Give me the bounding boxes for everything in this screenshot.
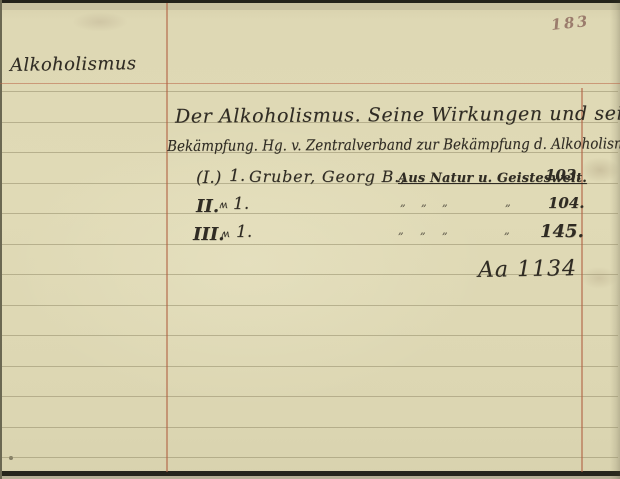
card-right-edge bbox=[610, 0, 620, 479]
entry-series-number: 104. bbox=[548, 194, 585, 212]
entry-volume: III. bbox=[193, 224, 225, 245]
ditto-mark: „ bbox=[400, 196, 406, 209]
ditto-mark: „ bbox=[442, 224, 448, 237]
catalog-card: 183 Alkoholismus Der Alkoholismus. Seine… bbox=[0, 0, 620, 479]
page-number: 183 bbox=[550, 12, 590, 34]
ruled-line bbox=[2, 457, 618, 458]
entry-volume: (I.) bbox=[196, 168, 221, 188]
left-margin-red-rule bbox=[166, 3, 168, 472]
ditto-mark: „ bbox=[442, 196, 448, 209]
entry-item-number: 1. bbox=[233, 194, 249, 214]
entry-item-number: 1. bbox=[229, 166, 245, 186]
ditto-mark: „ bbox=[504, 224, 510, 237]
ditto-mark: „ bbox=[420, 224, 426, 237]
title-line-2: Bekämpfung. Hg. v. Zentralverband zur Be… bbox=[167, 134, 620, 155]
ditto-mark: „ bbox=[505, 196, 511, 209]
ruled-line bbox=[2, 244, 618, 245]
title-line-1: Der Alkoholismus. Seine Wirkungen und se… bbox=[175, 102, 620, 127]
shelfmark: Aa 1134 bbox=[478, 256, 577, 283]
ditto-mark: „ bbox=[421, 196, 427, 209]
ruled-line bbox=[2, 335, 618, 336]
entry-series-number: 103. bbox=[545, 166, 582, 184]
entry-author: Gruber, Georg B., bbox=[249, 167, 406, 186]
ruled-line bbox=[2, 91, 618, 92]
ruled-line bbox=[2, 305, 618, 306]
ruled-line bbox=[2, 427, 618, 428]
card-left-edge bbox=[0, 0, 2, 479]
header-red-rule bbox=[0, 83, 620, 84]
ruled-line bbox=[2, 396, 618, 397]
abbreviation-mark: ʍ bbox=[221, 229, 230, 240]
card-top-strip bbox=[0, 3, 620, 10]
ruled-line bbox=[2, 213, 618, 214]
ruled-line bbox=[2, 366, 618, 367]
abbreviation-mark: ʍ bbox=[219, 200, 228, 211]
ditto-mark: „ bbox=[398, 224, 404, 237]
entry-series-number: 145. bbox=[540, 221, 584, 242]
entry-item-number: 1. bbox=[236, 222, 252, 242]
entry-volume: II. bbox=[196, 196, 219, 217]
subject-heading: Alkoholismus bbox=[10, 53, 137, 76]
